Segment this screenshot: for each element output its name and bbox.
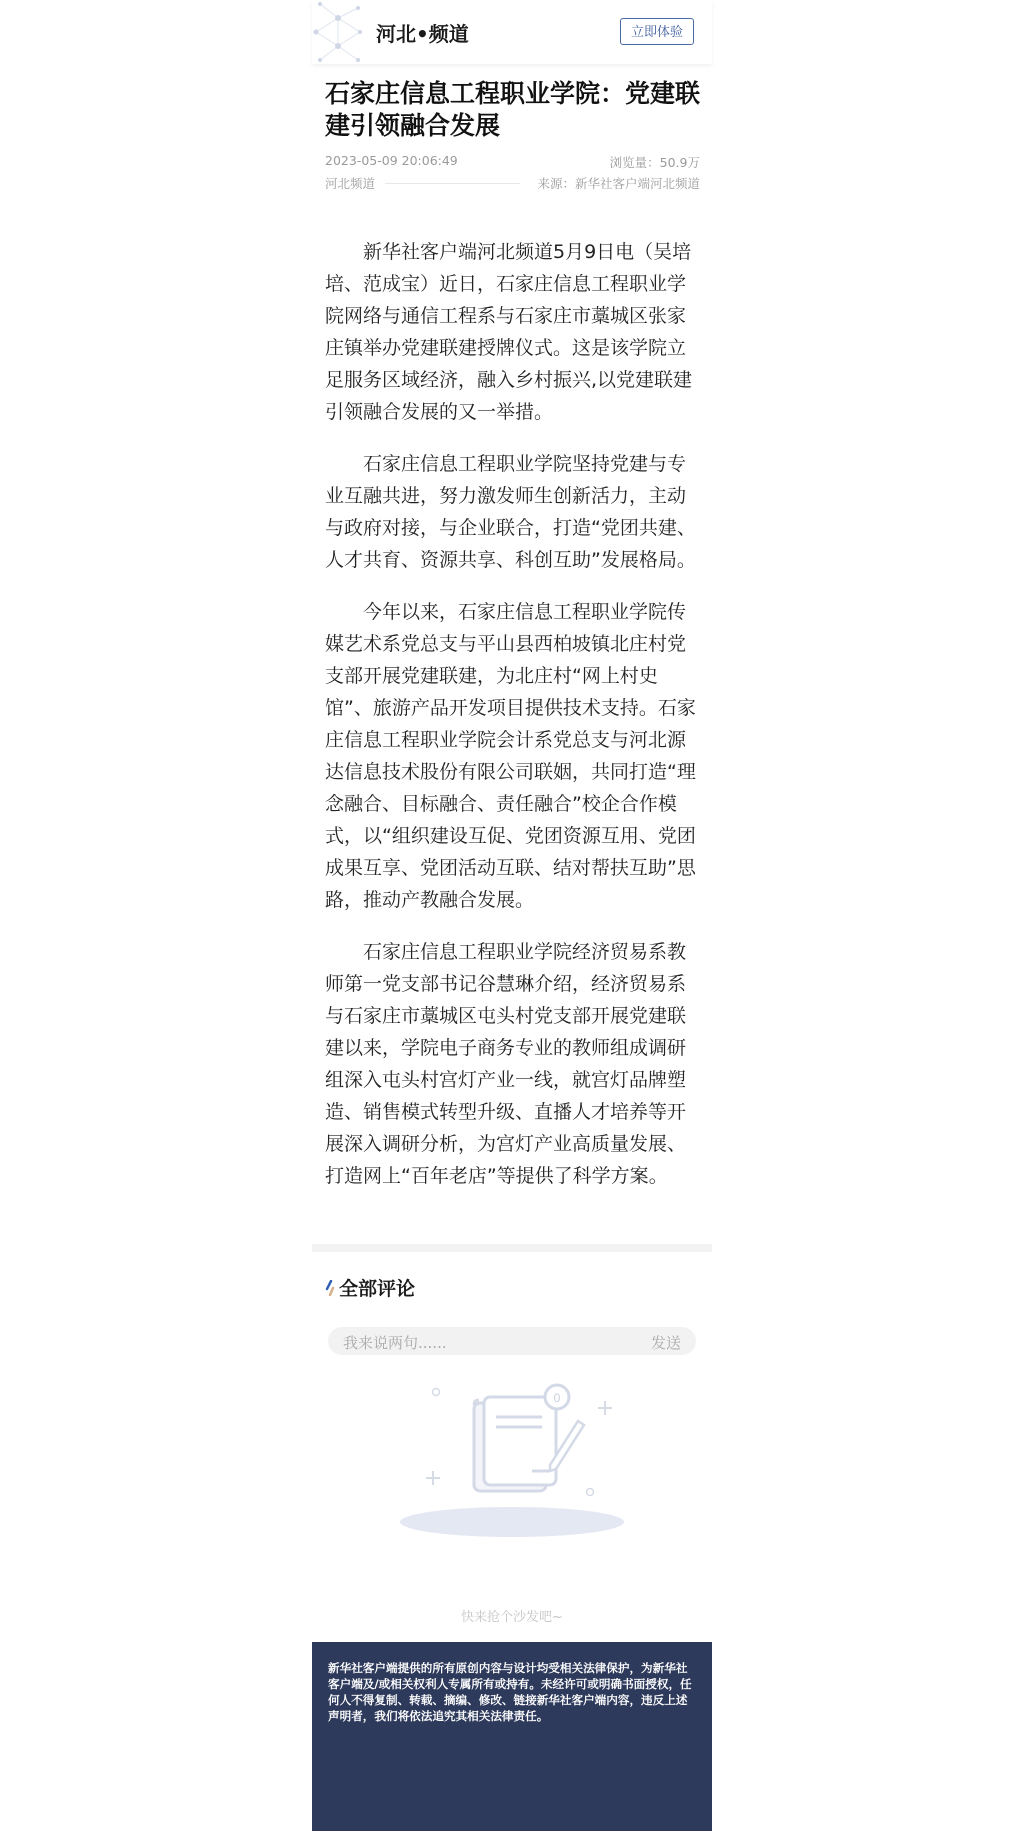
footer: 新华社客户端提供的所有原创内容与设计均受相关法律保护，为新华社客户端及/或相关权… <box>312 1642 712 1831</box>
view-count: 浏览量：50.9万 <box>610 153 700 171</box>
paragraph: 石家庄信息工程职业学院经济贸易系教师第一党支部书记谷慧琳介绍，经济贸易系与石家庄… <box>325 936 701 1192</box>
comment-placeholder: 我来说两句...... <box>343 1332 447 1353</box>
network-logo-icon <box>312 0 368 64</box>
empty-comments-text: 快来抢个沙发吧~ <box>312 1606 712 1625</box>
comment-input[interactable]: 我来说两句...... 发送 <box>328 1327 696 1355</box>
paragraph: 石家庄信息工程职业学院坚持党建与专业互融共进，努力激发师生创新活力，主动与政府对… <box>325 448 701 576</box>
send-button[interactable]: 发送 <box>651 1332 681 1353</box>
source-label: 来源：新华社客户端河北频道 <box>537 174 700 192</box>
empty-comments-illustration-icon: 0 <box>382 1375 642 1545</box>
section-separator <box>312 1244 712 1252</box>
divider <box>385 183 520 184</box>
publish-datetime: 2023-05-09 20:06:49 <box>325 153 458 168</box>
article-page: 河北•频道 立即体验 石家庄信息工程职业学院：党建联建引领融合发展 2023-0… <box>312 0 712 1831</box>
comments-heading-label: 全部评论 <box>339 1278 415 1300</box>
comments-heading: 全部评论 <box>325 1274 415 1301</box>
paragraph: 今年以来，石家庄信息工程职业学院传媒艺术系党总支与平山县西柏坡镇北庄村党支部开展… <box>325 596 701 916</box>
article-body: 新华社客户端河北频道5月9日电（吴培培、范成宝）近日，石家庄信息工程职业学院网络… <box>325 236 701 1212</box>
channel-name: 河北•频道 <box>376 18 469 47</box>
slash-accent-icon <box>325 1280 335 1296</box>
copyright-notice: 新华社客户端提供的所有原创内容与设计均受相关法律保护，为新华社客户端及/或相关权… <box>328 1660 698 1724</box>
paragraph: 新华社客户端河北频道5月9日电（吴培培、范成宝）近日，石家庄信息工程职业学院网络… <box>325 236 701 428</box>
svg-text:0: 0 <box>554 1391 561 1405</box>
article-title: 石家庄信息工程职业学院：党建联建引领融合发展 <box>325 78 705 142</box>
try-now-button[interactable]: 立即体验 <box>620 18 694 45</box>
top-header: 河北•频道 立即体验 <box>312 0 712 64</box>
channel-label: 河北频道 <box>325 176 375 191</box>
article-source-row: 河北频道 来源：新华社客户端河北频道 <box>325 174 700 192</box>
article-meta-row: 2023-05-09 20:06:49 浏览量：50.9万 <box>325 153 700 168</box>
